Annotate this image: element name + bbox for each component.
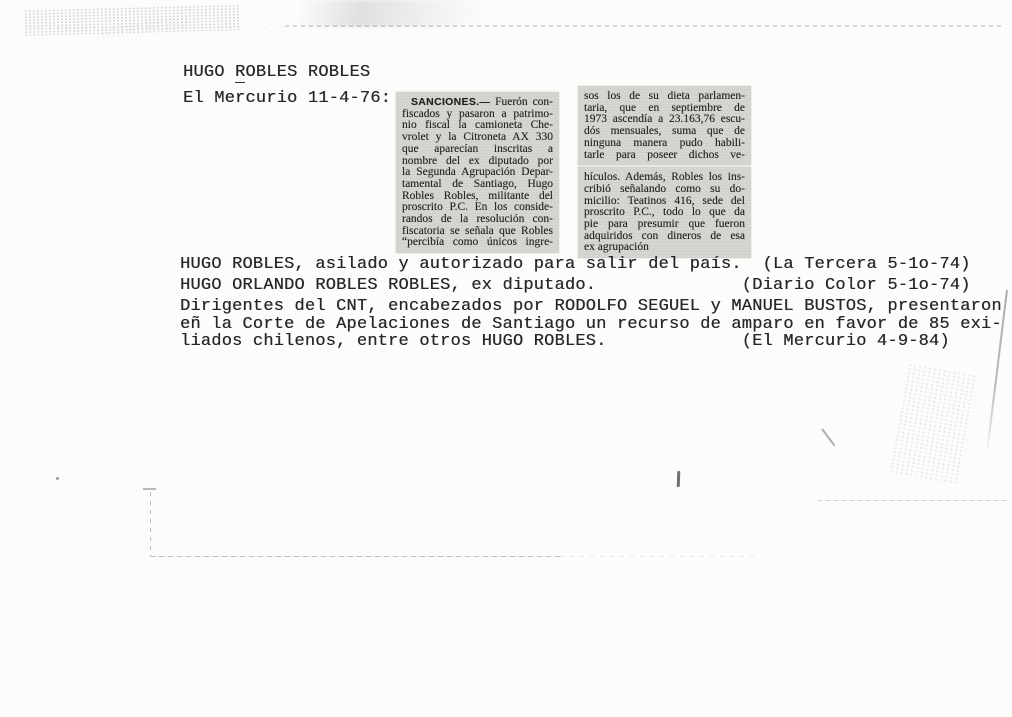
card-title: HUGO ROBLES ROBLES <box>183 63 370 82</box>
typed-entries-block: HUGO ROBLES, asilado y autorizado para s… <box>180 256 1002 350</box>
card-title-post: OBLES ROBLES <box>245 63 370 82</box>
source-citation-line: El Mercurio 11-4-76: <box>183 89 391 108</box>
clipping-line: ninguna manera pudo habili- <box>584 138 745 150</box>
clipping-line: tarle para poseer dichos ve- <box>584 150 745 162</box>
card-bottom-edge-line <box>150 556 560 557</box>
newspaper-clipping-column-1: SANCIONES.— Fuerón con- fiscados y pasar… <box>396 92 559 253</box>
clipping-first-line-rest: Fuerón con- <box>495 96 553 108</box>
clipping-line: pie para presumir que fueron <box>584 219 745 231</box>
pen-tick-left <box>143 488 156 490</box>
newspaper-clipping-column-2: sos los de su dieta parlamen-taria, que … <box>578 86 751 258</box>
card-top-edge-line-faint <box>30 27 285 28</box>
scan-noise-topleft <box>24 4 240 36</box>
clipping-line: sos los de su dieta parlamen- <box>584 91 745 103</box>
clipping-block-piece-2: hículos. Además, Robles los ins-cribió s… <box>578 167 751 258</box>
clipping-first-line: SANCIONES.— Fuerón con- <box>402 97 553 109</box>
pen-tick-middle <box>677 471 680 487</box>
typed-entry-line: HUGO ROBLES, asilado y autorizado para s… <box>180 256 1002 273</box>
typed-entry-line: liados chilenos, entre otros HUGO ROBLES… <box>180 333 1002 350</box>
clipping-headline: SANCIONES.— <box>411 96 490 108</box>
typed-entry-line: eñ la Corte de Apelaciones de Santiago u… <box>180 316 1002 333</box>
pen-mark-diagonal <box>821 429 835 447</box>
card-title-pre: HUGO <box>183 63 235 82</box>
card-bottom-edge-line-fade <box>560 556 760 557</box>
clipping-line: randos de la resolución con- <box>402 214 553 226</box>
clipping-column2-piece1-lines: sos los de su dieta parlamen-taria, que … <box>584 91 745 161</box>
clipping-column2-piece2-lines: hículos. Además, Robles los ins-cribió s… <box>584 172 745 254</box>
clipping-line: que aparecían inscritas a <box>402 144 553 156</box>
clipping-line: cribió señalando como su do- <box>584 184 745 196</box>
scan-noise-topleft-secondary <box>100 16 191 38</box>
clipping-block-piece-1: sos los de su dieta parlamen-taria, que … <box>578 86 751 165</box>
clipping-line: tamental de Santiago, Hugo <box>402 179 553 191</box>
scan-smudge-top <box>286 0 536 27</box>
card-top-edge-line <box>285 25 1005 27</box>
clipping-line: “percibía como únicos ingre- <box>402 237 553 249</box>
typed-entry-line: HUGO ORLANDO ROBLES ROBLES, ex diputado.… <box>180 277 1002 294</box>
clipping-line: ex agrupación <box>584 242 745 254</box>
clipping-block: SANCIONES.— Fuerón con- fiscados y pasar… <box>396 92 559 253</box>
card-bottom-edge-line-right <box>818 500 1010 501</box>
clipping-column1-lines: fiscados y pasaron a patrimo-nio fiscal … <box>402 109 553 249</box>
scan-smudge-right <box>889 363 979 486</box>
ink-dot <box>56 477 59 480</box>
card-left-edge-dashes <box>150 492 151 556</box>
typed-entry-line: Dirigentes del CNT, encabezados por RODO… <box>180 298 1002 315</box>
scanned-document-page: HUGO ROBLES ROBLES El Mercurio 11-4-76: … <box>0 0 1012 717</box>
card-title-underlined-letter: R <box>235 63 245 83</box>
